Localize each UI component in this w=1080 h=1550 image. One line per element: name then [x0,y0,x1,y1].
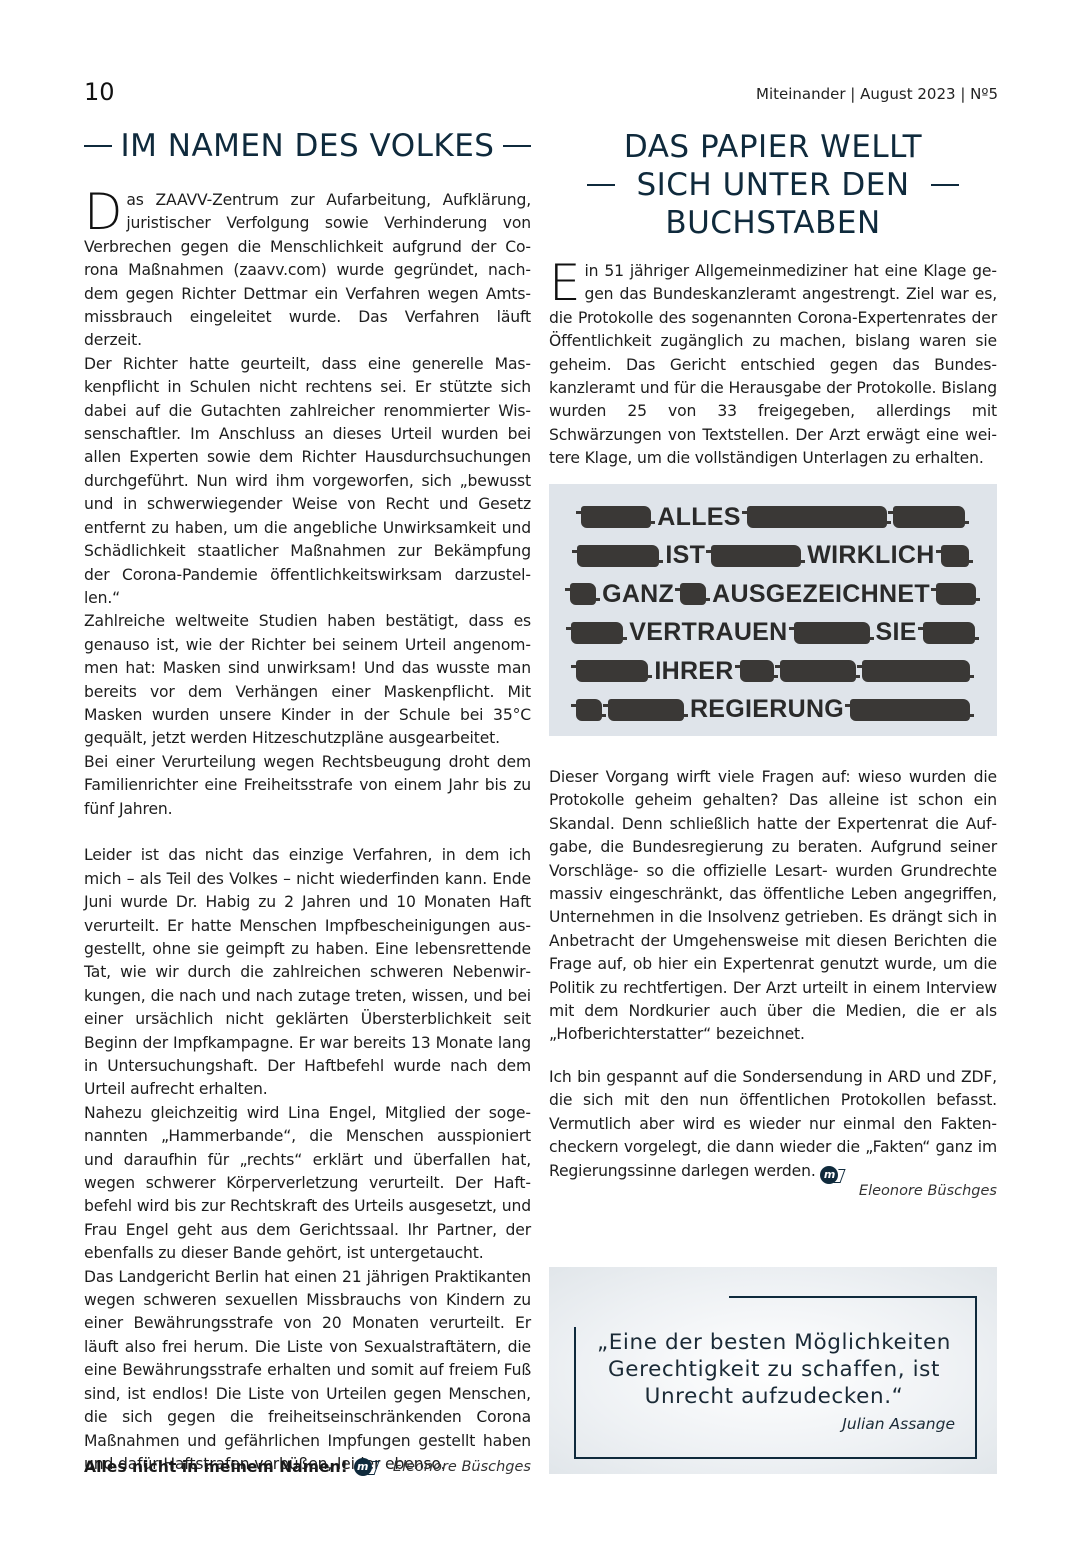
dropcap: D [84,191,122,233]
quote-author: Julian Assange [842,1415,955,1433]
redaction-bar [711,545,801,567]
paragraph: Das Landgericht Berlin hat einen 21 jähr… [84,1266,531,1477]
redacted-word: WIRKLICH [807,541,934,570]
redacted-word: AUSGEZEICHNET [712,580,930,609]
paragraph: Ich bin gespannt auf die Sondersendung i… [549,1066,997,1184]
author-byline: Eleonore Büschges [859,1183,997,1199]
redaction-bar [581,506,651,528]
paragraph: Leider ist das nicht das einzige Verfahr… [84,844,531,1101]
headline-line-3: BUCHSTABEN [549,204,997,242]
redaction-bar [941,545,969,567]
author-byline: Eleonore Büschges [393,1459,531,1475]
redaction-bar [680,583,706,605]
redacted-text-image: ALLES IST WIRKLICH GANZ AUSGEZEICHNET VE… [549,484,997,736]
redaction-bar [570,583,596,605]
redacted-row: ALLES [559,498,987,537]
redacted-word: GANZ [602,580,674,609]
headline-line-2-row: SICH UNTER DEN [549,166,997,204]
headline-text: IM NAMEN DES VOLKES [121,128,495,164]
redacted-word: SIE [876,618,917,647]
left-article-headline: IM NAMEN DES VOLKES [84,128,531,164]
headline-dash-right [931,184,959,186]
redaction-bar [577,545,659,567]
paragraph-gap [84,821,531,844]
left-article-signoff: Alles nicht in meinem Namen! m Eleonore … [84,1458,531,1476]
paragraph: Dieser Vorgang wirft viele Fragen auf: w… [549,766,997,1047]
running-header: Miteinander | August 2023 | Nº5 [756,85,998,103]
redaction-bar [936,583,976,605]
right-article-headline: DAS PAPIER WELLT SICH UNTER DEN BUCHSTAB… [549,128,997,242]
frame-line [574,1457,977,1459]
redaction-bar [780,660,856,682]
quote-text: „Eine der besten Möglichkeiten Gerechtig… [579,1329,969,1410]
right-article-intro: Ein 51 jähriger Allgemeinmediziner hat e… [549,260,997,471]
paragraph: Zahlreiche weltweite Studien haben bestä… [84,610,531,750]
right-article-body: Dieser Vorgang wirft viele Fragen auf: w… [549,766,997,1047]
redaction-bar [850,699,970,721]
redaction-bar [893,506,965,528]
headline-line-1: DAS PAPIER WELLT [549,128,997,166]
paragraph: Der Richter hatte geurteilt, dass eine g… [84,353,531,610]
dropcap: E [549,262,580,304]
redaction-bar [576,660,648,682]
frame-line [975,1296,977,1459]
closing-line: Alles nicht in meinem Namen! m [84,1458,372,1476]
redaction-bar [740,660,774,682]
headline-line-2: SICH UNTER DEN [636,166,909,204]
redaction-bar [608,699,684,721]
paragraph: Ein 51 jähriger Allgemeinmediziner hat e… [549,260,997,471]
paragraph: Das ZAAVV-Zentrum zur Aufarbeitung, Aufk… [84,189,531,353]
redaction-bar [747,506,887,528]
redacted-word: IST [665,541,705,570]
redaction-bar [923,622,975,644]
redacted-row: IHRER [559,652,987,691]
miteinander-logo-icon: m [820,1166,838,1184]
quote-box: „Eine der besten Möglichkeiten Gerechtig… [549,1267,997,1474]
redacted-word: VERTRAUEN [629,618,787,647]
headline-dash-left [84,145,112,147]
paragraph: Nahezu gleichzeitig wird Lina Engel, Mit… [84,1102,531,1266]
redacted-row: IST WIRKLICH [559,537,987,576]
redacted-row: VERTRAUEN SIE [559,614,987,653]
redacted-word: REGIERUNG [690,695,844,724]
redaction-bar [571,622,623,644]
redacted-word: IHRER [654,657,733,686]
left-article-body: Das ZAAVV-Zentrum zur Aufarbeitung, Aufk… [84,189,531,1476]
miteinander-logo-icon: m [354,1458,372,1476]
frame-line [729,1296,977,1298]
right-article-closing: Ich bin gespannt auf die Sondersendung i… [549,1066,997,1184]
paragraph: Bei einer Verurteilung wegen Rechtsbeugu… [84,751,531,821]
redaction-bar [794,622,870,644]
page-number: 10 [84,78,115,106]
redacted-word: ALLES [657,503,740,532]
redacted-row: GANZ AUSGEZEICHNET [559,575,987,614]
headline-dash-right [503,145,531,147]
redaction-bar [576,699,602,721]
headline-dash-left [587,184,615,186]
redacted-row: REGIERUNG [559,691,987,730]
frame-line [574,1327,576,1459]
redaction-bar [862,660,970,682]
